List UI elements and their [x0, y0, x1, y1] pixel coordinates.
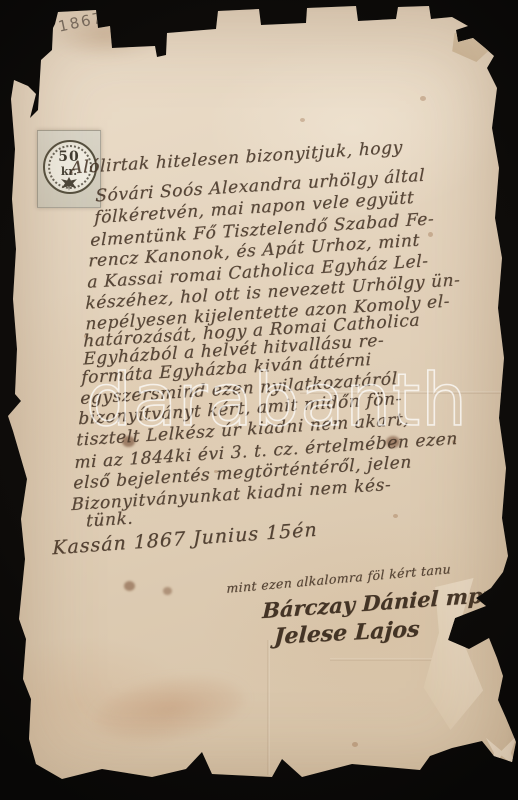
ink-spot [163, 587, 172, 595]
photo-backdrop: 50 kr. 1867 Alólirtak hitelesen bizonyit… [0, 0, 518, 800]
foxing-fleck [420, 96, 426, 101]
stain [88, 666, 252, 752]
foxing-fleck [428, 232, 433, 237]
document-paper: 50 kr. 1867 Alólirtak hitelesen bizonyit… [0, 0, 518, 800]
foxing-fleck [300, 118, 305, 122]
signature-jelese-lajos: Jelese Lajos [273, 616, 420, 650]
torn-flap [486, 732, 517, 774]
ink-spot [124, 581, 135, 591]
foxing-fleck [393, 514, 398, 518]
crease [267, 640, 270, 775]
manuscript-line: tünk. [86, 508, 133, 531]
crease [330, 658, 470, 661]
torn-flap [450, 26, 494, 62]
pencil-year-note: 1867 [57, 8, 106, 35]
foxing-fleck [352, 742, 358, 747]
